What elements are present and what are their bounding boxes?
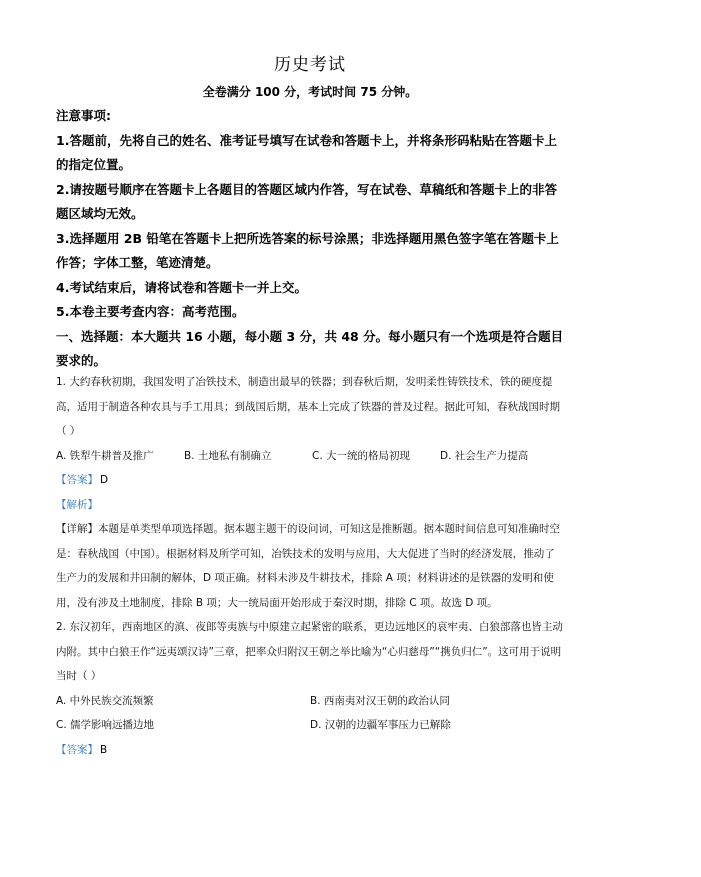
answer-line: 【答案】B	[56, 738, 564, 763]
detail-label: 【详解】	[56, 523, 98, 535]
notes-section: 注意事项: 1.答题前，先将自己的姓名、准考证号填写在试卷和答题卡上，并将条形码…	[56, 104, 566, 374]
analysis-line: 【解析】	[56, 493, 564, 518]
note-item: 3.选择题用 2B 铅笔在答题卡上把所选答案的标号涂黑；非选择题用黑色签字笔在答…	[56, 227, 566, 276]
question-1: 1. 大约春秋初期，我国发明了冶铁技术，制造出最早的铁器；到春秋后期，发明柔性铸…	[56, 370, 564, 615]
analysis-label: 【解析】	[56, 499, 98, 511]
questions-section: 1. 大约春秋初期，我国发明了冶铁技术，制造出最早的铁器；到春秋后期，发明柔性铸…	[56, 370, 564, 762]
option-c: C. 儒学影响远播边地	[56, 713, 310, 738]
detail-text: 本题是单类型单项选择题。据本题主题干的设问词，可知这是推断题。据本题时间信息可知…	[56, 523, 560, 609]
option-a: A. 中外民族交流频繁	[56, 689, 310, 714]
question-options: C. 儒学影响远播边地 D. 汉朝的边疆军事压力已解除	[56, 713, 564, 738]
option-b: B. 西南夷对汉王朝的政治认同	[310, 689, 564, 714]
exam-subtitle: 全卷满分 100 分，考试时间 75 分钟。	[0, 83, 620, 100]
notes-heading: 注意事项:	[56, 104, 566, 129]
exam-page: 历史考试 全卷满分 100 分，考试时间 75 分钟。 注意事项: 1.答题前，…	[0, 0, 701, 877]
question-stem: 1. 大约春秋初期，我国发明了冶铁技术，制造出最早的铁器；到春秋后期，发明柔性铸…	[56, 370, 564, 444]
note-item: 2.请按题号顺序在答题卡上各题目的答题区域内作答，写在试卷、草稿纸和答题卡上的非…	[56, 178, 566, 227]
option-b: B. 土地私有制确立	[184, 444, 312, 469]
question-options: A. 中外民族交流频繁 B. 西南夷对汉王朝的政治认同	[56, 689, 564, 714]
option-d: D. 社会生产力提高	[440, 444, 528, 469]
option-d: D. 汉朝的边疆军事压力已解除	[310, 713, 564, 738]
answer-line: 【答案】D	[56, 468, 564, 493]
note-item: 1.答题前，先将自己的姓名、准考证号填写在试卷和答题卡上，并将条形码粘贴在答题卡…	[56, 129, 566, 178]
option-c: C. 大一统的格局初现	[312, 444, 440, 469]
page-title: 历史考试	[0, 50, 620, 75]
question-options: A. 铁犁牛耕普及推广 B. 土地私有制确立 C. 大一统的格局初现 D. 社会…	[56, 444, 564, 469]
note-item: 4.考试结束后，请将试卷和答题卡一并上交。	[56, 276, 566, 301]
note-item: 5.本卷主要考查内容：高考范围。	[56, 300, 566, 325]
question-stem: 2. 东汉初年，西南地区的滇、夜郎等夷族与中原建立起紧密的联系，更边远地区的哀牢…	[56, 615, 564, 689]
answer-value: B	[100, 744, 107, 756]
answer-label: 【答案】	[56, 744, 98, 756]
answer-value: D	[100, 474, 108, 486]
section-heading: 一、选择题：本大题共 16 小题，每小题 3 分，共 48 分。每小题只有一个选…	[56, 325, 566, 374]
answer-label: 【答案】	[56, 474, 98, 486]
option-a: A. 铁犁牛耕普及推广	[56, 444, 184, 469]
detail-paragraph: 【详解】本题是单类型单项选择题。据本题主题干的设问词，可知这是推断题。据本题时间…	[56, 517, 564, 615]
question-2: 2. 东汉初年，西南地区的滇、夜郎等夷族与中原建立起紧密的联系，更边远地区的哀牢…	[56, 615, 564, 762]
